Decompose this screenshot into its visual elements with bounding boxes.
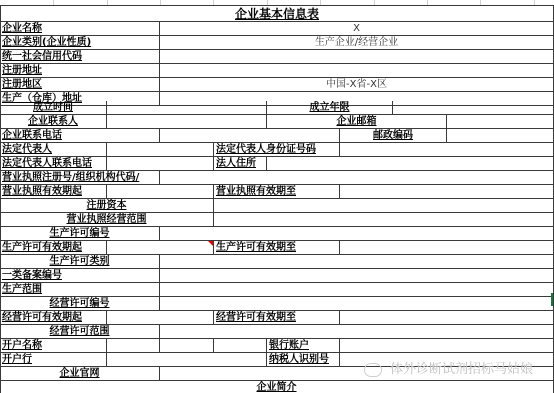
spreadsheet: 企业基本信息表 企业名称 X 企业类别(企业性质) 生产企业/经营企业 统一社会…: [0, 0, 554, 393]
value-op-permit-no[interactable]: [160, 297, 554, 311]
label-license-no[interactable]: 营业执照注册号/组织机构代码/: [0, 171, 160, 185]
value-company-email[interactable]: [447, 115, 554, 129]
value-prod-permit-valid-from[interactable]: [107, 241, 214, 255]
label-company-intro[interactable]: 企业简介: [0, 381, 554, 393]
label-op-permit-scope[interactable]: 经营许可范围: [0, 325, 160, 339]
label-website[interactable]: 企业官网: [0, 367, 160, 381]
comment-indicator[interactable]: [208, 241, 213, 246]
value-business-scope[interactable]: [214, 213, 554, 227]
value-op-permit-valid-from[interactable]: [107, 311, 214, 325]
value-company-name[interactable]: X: [160, 22, 554, 36]
label-company-email[interactable]: 企业邮箱: [267, 115, 447, 129]
label-prod-permit-valid-to[interactable]: 生产许可有效期至: [214, 241, 340, 255]
cell-selection-edge: [551, 293, 553, 306]
value-op-permit-scope[interactable]: [160, 325, 554, 339]
value-legal-rep[interactable]: [107, 143, 214, 157]
value-reg-address[interactable]: [160, 64, 554, 78]
value-prod-permit-no[interactable]: [160, 227, 554, 241]
value-prod-permit-valid-to[interactable]: [340, 241, 554, 255]
value-license-valid-to[interactable]: [340, 185, 554, 199]
value-op-permit-valid-to[interactable]: [340, 311, 554, 325]
label-reg-address[interactable]: 注册地址: [0, 64, 160, 78]
value-account-name-2[interactable]: [160, 339, 214, 353]
label-prod-permit-category[interactable]: 生产许可类别: [0, 255, 160, 269]
label-bank[interactable]: 开户行: [0, 353, 107, 367]
label-op-permit-valid-to[interactable]: 经营许可有效期至: [214, 311, 340, 325]
label-contact-phone[interactable]: 企业联系电话: [0, 129, 160, 143]
label-legal-rep-id[interactable]: 法定代表人身份证号码: [214, 143, 340, 157]
label-license-valid-to[interactable]: 营业执照有效期至: [214, 185, 340, 199]
label-credit-code[interactable]: 统一社会信用代码: [0, 50, 160, 64]
watermark: 体外诊断试剂招标马姑娘: [364, 358, 533, 377]
label-account-name[interactable]: 开户名称: [0, 339, 107, 353]
value-prod-scope[interactable]: [160, 283, 554, 297]
value-bank[interactable]: [107, 353, 267, 367]
value-legal-rep-id[interactable]: [340, 143, 554, 157]
label-prod-permit-no[interactable]: 生产许可编号: [0, 227, 160, 241]
label-op-permit-valid-from[interactable]: 经营许可有效期起: [0, 311, 107, 325]
label-founded-date[interactable]: 成立时间: [0, 101, 107, 115]
value-credit-code[interactable]: [160, 50, 554, 64]
value-reg-region[interactable]: 中国-X省-X区: [160, 78, 554, 92]
label-founded-years[interactable]: 成立年限: [267, 101, 393, 115]
label-reg-capital[interactable]: 注册资本: [0, 199, 214, 213]
value-reg-capital[interactable]: [214, 199, 554, 213]
label-business-scope[interactable]: 营业执照经营范围: [0, 213, 214, 227]
watermark-text: 体外诊断试剂招标马姑娘: [390, 362, 533, 377]
value-contact-phone[interactable]: [160, 129, 340, 143]
label-bank-account[interactable]: 银行账户: [267, 339, 340, 353]
label-class1-record-no[interactable]: 一类备案编号: [0, 269, 160, 283]
value-account-name-1[interactable]: [107, 339, 160, 353]
label-company-type[interactable]: 企业类别(企业性质): [0, 36, 160, 50]
value-founded-years[interactable]: [393, 101, 554, 115]
value-company-type[interactable]: 生产企业/经营企业: [160, 36, 554, 50]
value-legal-rep-phone[interactable]: [107, 157, 214, 171]
value-account-name-3[interactable]: [214, 339, 267, 353]
value-legal-residence[interactable]: [267, 157, 554, 171]
value-founded-date[interactable]: [107, 101, 267, 115]
label-contact-person[interactable]: 企业联系人: [0, 115, 107, 129]
wechat-icon: [364, 363, 382, 377]
value-class1-record-no[interactable]: [160, 269, 554, 283]
label-taxpayer-id[interactable]: 纳税人识别号: [267, 353, 340, 367]
label-op-permit-no[interactable]: 经营许可编号: [0, 297, 160, 311]
label-company-name[interactable]: 企业名称: [0, 22, 160, 36]
value-bank-account[interactable]: [340, 339, 554, 353]
value-postal-code[interactable]: [447, 129, 554, 143]
label-legal-rep[interactable]: 法定代表人: [0, 143, 107, 157]
label-license-valid-from[interactable]: 营业执照有效期起: [0, 185, 107, 199]
label-prod-scope[interactable]: 生产范围: [0, 283, 160, 297]
label-prod-permit-valid-from[interactable]: 生产许可有效期起: [0, 241, 107, 255]
label-legal-residence[interactable]: 法人住所: [214, 157, 267, 171]
value-license-valid-from[interactable]: [107, 185, 214, 199]
value-contact-person[interactable]: [107, 115, 267, 129]
label-reg-region[interactable]: 注册地区: [0, 78, 160, 92]
label-postal-code[interactable]: 邮政编码: [340, 129, 447, 143]
value-license-no[interactable]: [160, 171, 554, 185]
label-legal-rep-phone[interactable]: 法定代表人联系电话: [0, 157, 107, 171]
sheet-title[interactable]: 企业基本信息表: [0, 5, 554, 22]
value-prod-permit-category[interactable]: [160, 255, 554, 269]
